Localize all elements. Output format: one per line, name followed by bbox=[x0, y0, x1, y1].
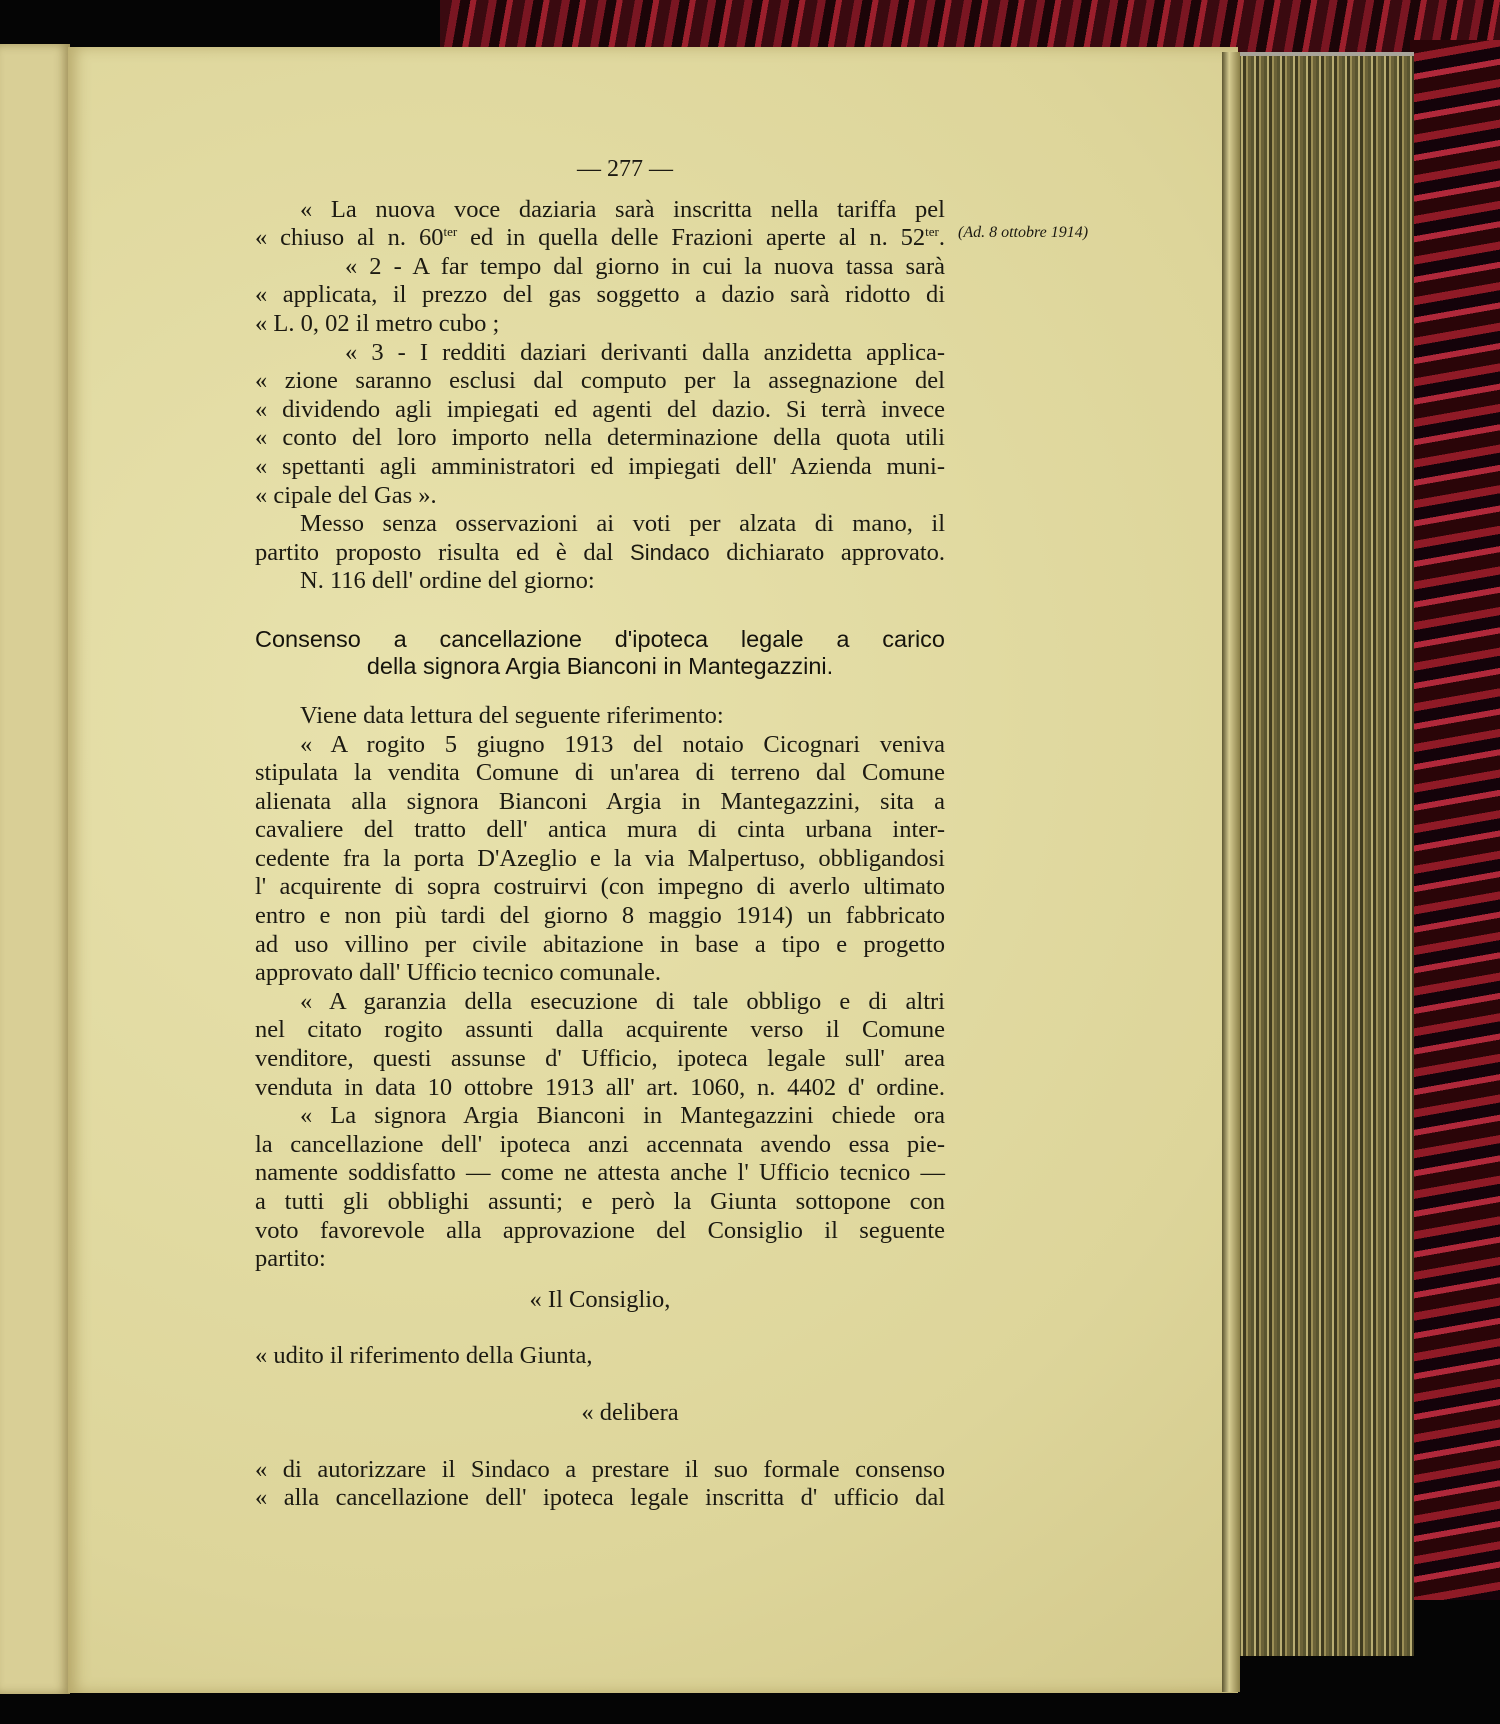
text-line: ad uso villino per civile abitazione in … bbox=[255, 931, 945, 960]
page-number: — 277 — bbox=[255, 155, 945, 184]
text-line: alienata alla signora Bianconi Argia in … bbox=[255, 788, 945, 817]
text-line: cedente fra la porta D'Azeglio e la via … bbox=[255, 845, 945, 874]
binding-cloth-side bbox=[1410, 40, 1500, 1600]
text-line: « applicata, il prezzo del gas soggetto … bbox=[255, 281, 945, 310]
text-line: « A garanzia della esecuzione di tale ob… bbox=[255, 988, 945, 1017]
text-line: approvato dall' Ufficio tecnico comunale… bbox=[255, 959, 945, 988]
text-line: « zione saranno esclusi dal computo per … bbox=[255, 367, 945, 396]
text-line: « La signora Argia Bianconi in Mantegazz… bbox=[255, 1102, 945, 1131]
resolution-line: « di autorizzare il Sindaco a prestare i… bbox=[255, 1456, 945, 1485]
text-line: entro e non più tardi del giorno 8 maggi… bbox=[255, 902, 945, 931]
resolution-council: « Il Consiglio, bbox=[255, 1286, 945, 1315]
order-item: N. 116 dell' ordine del giorno: bbox=[255, 567, 945, 596]
intro-line: Viene data lettura del seguente riferime… bbox=[255, 702, 945, 731]
margin-date-note: (Ad. 8 ottobre 1914) bbox=[958, 224, 1088, 242]
vote-line: Messo senza osservazioni ai voti per alz… bbox=[255, 510, 945, 539]
text-line: venditore, questi assunse d' Ufficio, ip… bbox=[255, 1045, 945, 1074]
resolution-heard: « udito il riferimento della Giunta, bbox=[255, 1342, 945, 1371]
text-line: venduta in data 10 ottobre 1913 all' art… bbox=[255, 1074, 945, 1103]
text-line: partito: bbox=[255, 1245, 945, 1274]
text-line: « chiuso al n. 60ter ed in quella delle … bbox=[255, 224, 945, 253]
text-line: cavaliere del tratto dell' antica mura d… bbox=[255, 816, 945, 845]
text-line: « A rogito 5 giugno 1913 del notaio Cico… bbox=[255, 731, 945, 760]
page-text: — 277 — « La nuova voce daziaria sarà in… bbox=[255, 155, 945, 1513]
text-line: a tutti gli obblighi assunti; e però la … bbox=[255, 1188, 945, 1217]
page-block-edges bbox=[1238, 52, 1414, 1656]
text-line: « conto del loro importo nella determina… bbox=[255, 424, 945, 453]
facing-page-edge bbox=[0, 44, 70, 1694]
vote-line: partito proposto risulta ed è dal Sindac… bbox=[255, 539, 945, 568]
text-line: nel citato rogito assunti dalla acquiren… bbox=[255, 1016, 945, 1045]
page-front-edge bbox=[1222, 52, 1240, 1692]
text-line: « L. 0, 02 il metro cubo ; bbox=[255, 310, 945, 339]
text-line: l' acquirente di sopra costruirvi (con i… bbox=[255, 873, 945, 902]
text-line: « dividendo agli impiegati ed agenti del… bbox=[255, 396, 945, 425]
text-line: la cancellazione dell' ipoteca anzi acce… bbox=[255, 1131, 945, 1160]
text-line: « La nuova voce daziaria sarà inscritta … bbox=[255, 196, 945, 225]
text-line: « spettanti agli amministratori ed impie… bbox=[255, 453, 945, 482]
text-line: « 2 - A far tempo dal giorno in cui la n… bbox=[255, 253, 945, 282]
text-line: voto favorevole alla approvazione del Co… bbox=[255, 1217, 945, 1246]
text-line: namente soddisfatto — come ne attesta an… bbox=[255, 1159, 945, 1188]
text-line: « cipale del Gas ». bbox=[255, 482, 945, 511]
section-heading: Consenso a cancellazione d'ipoteca legal… bbox=[255, 626, 945, 680]
text-line: « 3 - I redditi daziari derivanti dalla … bbox=[255, 339, 945, 368]
resolution-deliberates: « delibera bbox=[255, 1399, 945, 1428]
sindaco-label: Sindaco bbox=[630, 540, 710, 565]
resolution-line: « alla cancellazione dell' ipoteca legal… bbox=[255, 1484, 945, 1513]
text-line: stipulata la vendita Comune di un'area d… bbox=[255, 759, 945, 788]
